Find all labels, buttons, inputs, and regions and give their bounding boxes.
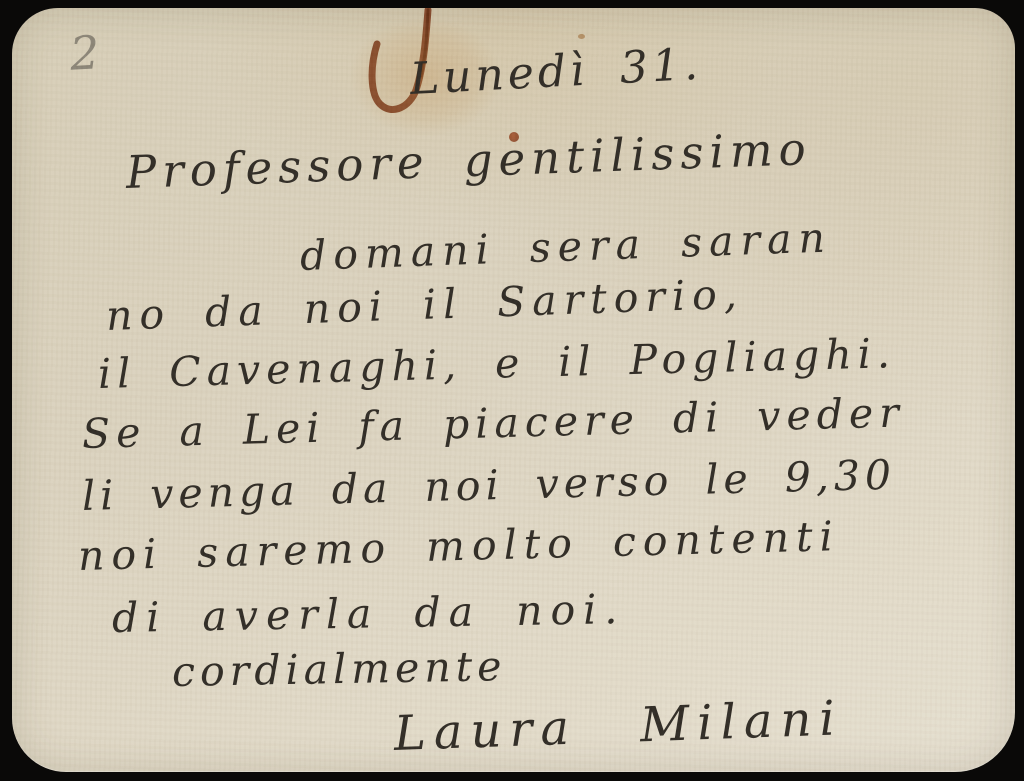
body-line: li venga da noi verso le 9,30 [81, 451, 896, 520]
body-line: di averla da noi. [112, 585, 626, 642]
closing-line: cordialmente [172, 642, 507, 696]
body-line: domani sera saran [299, 213, 832, 280]
body-line: il Cavenaghi, e il Pogliaghi. [97, 329, 896, 398]
archival-number: 2 [69, 25, 101, 80]
body-line: Se a Lei fa piacere di veder [81, 388, 905, 458]
foxing-speck [578, 34, 585, 39]
date-line: Lunedì 31. [409, 39, 703, 105]
body-line: no da noi il Sartorio, [105, 270, 744, 340]
handwritten-card: 2 Lunedì 31. Professore gentilissimo dom… [12, 8, 1015, 772]
salutation-line: Professore gentilissimo [125, 122, 812, 199]
signature-line: Laura Milani [393, 690, 844, 762]
photo-background: 2 Lunedì 31. Professore gentilissimo dom… [0, 0, 1024, 781]
body-line: noi saremo molto contenti [77, 512, 840, 580]
